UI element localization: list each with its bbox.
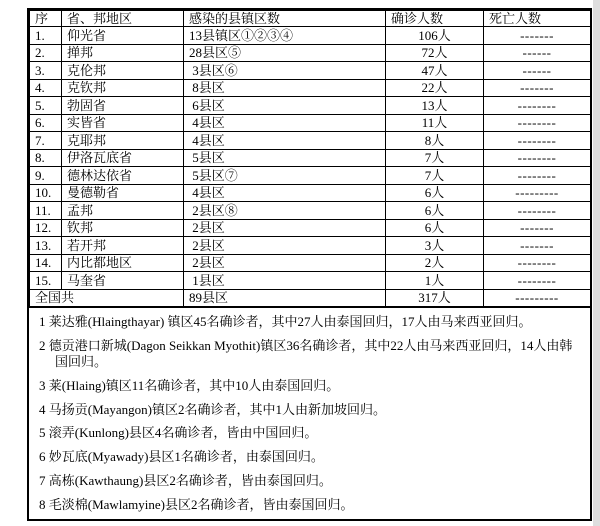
cell-no: 6. xyxy=(30,114,62,132)
table-row: 9. 德林达依省 5县区⑦ 7人 -------- xyxy=(30,167,591,185)
header-no: 序 xyxy=(30,11,62,27)
header-confirmed: 确诊人数 xyxy=(386,11,484,27)
cell-deaths: ------ xyxy=(484,62,591,80)
cell-areas: 2县区 xyxy=(184,237,386,255)
cell-confirmed: 8人 xyxy=(386,132,484,150)
cell-region: 内比都地区 xyxy=(62,254,184,272)
footnote-item: 2 德贡港口新城(Dagon Seikkan Myothit)镇区36名确诊者，… xyxy=(35,338,582,370)
header-deaths: 死亡人数 xyxy=(484,11,591,27)
cell-region: 曼德勒省 xyxy=(62,184,184,202)
cell-confirmed: 11人 xyxy=(386,114,484,132)
cell-confirmed: 6人 xyxy=(386,219,484,237)
cell-no: 9. xyxy=(30,167,62,185)
cell-areas: 2县区⑧ xyxy=(184,202,386,220)
cell-no: 10. xyxy=(30,184,62,202)
cell-total-label: 全国共 xyxy=(30,289,184,307)
cell-confirmed: 7人 xyxy=(386,149,484,167)
cell-region: 克伦邦 xyxy=(62,62,184,80)
cell-no: 12. xyxy=(30,219,62,237)
document-page: 序 省、邦地区 感染的县镇区数 确诊人数 死亡人数 1. 仰光省 13县镇区①②… xyxy=(0,0,600,526)
cell-no: 2. xyxy=(30,44,62,62)
cell-deaths: ------- xyxy=(484,237,591,255)
table-row: 2. 掸邦 28县区⑤ 72人 ------ xyxy=(30,44,591,62)
cell-no: 5. xyxy=(30,97,62,115)
cell-no: 11. xyxy=(30,202,62,220)
cell-areas: 8县区 xyxy=(184,79,386,97)
cell-confirmed: 13人 xyxy=(386,97,484,115)
cell-total-deaths: --------- xyxy=(484,289,591,307)
cell-areas: 28县区⑤ xyxy=(184,44,386,62)
table-row: 5. 勃固省 6县区 13人 -------- xyxy=(30,97,591,115)
cell-deaths: -------- xyxy=(484,132,591,150)
table-row: 8. 伊洛瓦底省 5县区 7人 -------- xyxy=(30,149,591,167)
footnote-item: 4 马扬贡(Mayangon)镇区2名确诊者，其中1人由新加坡回归。 xyxy=(35,402,582,418)
cell-deaths: -------- xyxy=(484,114,591,132)
cell-no: 13. xyxy=(30,237,62,255)
cell-no: 14. xyxy=(30,254,62,272)
cell-no: 15. xyxy=(30,272,62,290)
cell-areas: 4县区 xyxy=(184,114,386,132)
cell-deaths: --------- xyxy=(484,184,591,202)
cell-areas: 4县区 xyxy=(184,184,386,202)
cell-areas: 5县区 xyxy=(184,149,386,167)
cell-confirmed: 7人 xyxy=(386,167,484,185)
cell-confirmed: 47人 xyxy=(386,62,484,80)
header-region: 省、邦地区 xyxy=(62,11,184,27)
region-stats-table: 序 省、邦地区 感染的县镇区数 确诊人数 死亡人数 1. 仰光省 13县镇区①②… xyxy=(29,10,591,307)
cell-deaths: ------- xyxy=(484,27,591,45)
table-row: 12. 钦邦 2县区 6人 ------- xyxy=(30,219,591,237)
header-areas: 感染的县镇区数 xyxy=(184,11,386,27)
cell-region: 伊洛瓦底省 xyxy=(62,149,184,167)
table-row: 4. 克钦邦 8县区 22人 ------- xyxy=(30,79,591,97)
cell-no: 4. xyxy=(30,79,62,97)
cell-region: 实皆省 xyxy=(62,114,184,132)
table-row: 1. 仰光省 13县镇区①②③④ 106人 ------- xyxy=(30,27,591,45)
footnote-item: 8 毛淡棉(Mawlamyine)县区2名确诊者，皆由泰国回归。 xyxy=(35,497,582,513)
cell-region: 克耶邦 xyxy=(62,132,184,150)
table-row: 7. 克耶邦 4县区 8人 -------- xyxy=(30,132,591,150)
cell-deaths: -------- xyxy=(484,97,591,115)
footnote-item: 5 滚弄(Kunlong)县区4名确诊者，皆由中国回归。 xyxy=(35,425,582,441)
cell-confirmed: 3人 xyxy=(386,237,484,255)
cell-region: 孟邦 xyxy=(62,202,184,220)
page-edge-shadow xyxy=(593,0,600,526)
cell-deaths: -------- xyxy=(484,272,591,290)
cell-deaths: -------- xyxy=(484,254,591,272)
cell-deaths: -------- xyxy=(484,202,591,220)
table-row: 11. 孟邦 2县区⑧ 6人 -------- xyxy=(30,202,591,220)
cell-deaths: -------- xyxy=(484,149,591,167)
footnote-item: 7 高栋(Kawthaung)县区2名确诊者，皆由泰国回归。 xyxy=(35,473,582,489)
cell-confirmed: 22人 xyxy=(386,79,484,97)
table-total-row: 全国共 89县区 317人 --------- xyxy=(30,289,591,307)
cell-areas: 2县区 xyxy=(184,219,386,237)
table-row: 15. 马奎省 1县区 1人 -------- xyxy=(30,272,591,290)
cell-total-areas: 89县区 xyxy=(184,289,386,307)
cell-deaths: -------- xyxy=(484,167,591,185)
cell-areas: 1县区 xyxy=(184,272,386,290)
footnote-item: 3 莱(Hlaing)镇区11名确诊者，其中10人由泰国回归。 xyxy=(35,378,582,394)
table-header-row: 序 省、邦地区 感染的县镇区数 确诊人数 死亡人数 xyxy=(30,11,591,27)
table-row: 6. 实皆省 4县区 11人 -------- xyxy=(30,114,591,132)
cell-areas: 5县区⑦ xyxy=(184,167,386,185)
table-row: 13. 若开邦 2县区 3人 ------- xyxy=(30,237,591,255)
cell-region: 克钦邦 xyxy=(62,79,184,97)
cell-confirmed: 72人 xyxy=(386,44,484,62)
table-row: 10. 曼德勒省 4县区 6人 --------- xyxy=(30,184,591,202)
cell-deaths: ------- xyxy=(484,79,591,97)
table-row: 3. 克伦邦 3县区⑥ 47人 ------ xyxy=(30,62,591,80)
cell-areas: 4县区 xyxy=(184,132,386,150)
cell-confirmed: 106人 xyxy=(386,27,484,45)
table-row: 14. 内比都地区 2县区 2人 -------- xyxy=(30,254,591,272)
cell-areas: 2县区 xyxy=(184,254,386,272)
cell-confirmed: 6人 xyxy=(386,184,484,202)
footnote-item: 6 妙瓦底(Myawady)县区1名确诊者，由泰国回归。 xyxy=(35,449,582,465)
cell-region: 若开邦 xyxy=(62,237,184,255)
cell-region: 仰光省 xyxy=(62,27,184,45)
cell-areas: 13县镇区①②③④ xyxy=(184,27,386,45)
footnote-item: 1 莱达雅(Hlaingthayar) 镇区45名确诊者，其中27人由泰国回归，… xyxy=(35,314,582,330)
cell-total-confirmed: 317人 xyxy=(386,289,484,307)
footnotes-section: 1 莱达雅(Hlaingthayar) 镇区45名确诊者，其中27人由泰国回归，… xyxy=(29,307,590,519)
cell-confirmed: 6人 xyxy=(386,202,484,220)
cell-no: 7. xyxy=(30,132,62,150)
cell-confirmed: 2人 xyxy=(386,254,484,272)
cell-no: 8. xyxy=(30,149,62,167)
cell-region: 掸邦 xyxy=(62,44,184,62)
cell-region: 马奎省 xyxy=(62,272,184,290)
cell-deaths: ------- xyxy=(484,219,591,237)
cell-no: 3. xyxy=(30,62,62,80)
cell-region: 勃固省 xyxy=(62,97,184,115)
epidemic-stats-document: 序 省、邦地区 感染的县镇区数 确诊人数 死亡人数 1. 仰光省 13县镇区①②… xyxy=(27,8,592,521)
cell-no: 1. xyxy=(30,27,62,45)
cell-areas: 6县区 xyxy=(184,97,386,115)
cell-region: 钦邦 xyxy=(62,219,184,237)
cell-confirmed: 1人 xyxy=(386,272,484,290)
cell-areas: 3县区⑥ xyxy=(184,62,386,80)
cell-deaths: ------ xyxy=(484,44,591,62)
cell-region: 德林达依省 xyxy=(62,167,184,185)
